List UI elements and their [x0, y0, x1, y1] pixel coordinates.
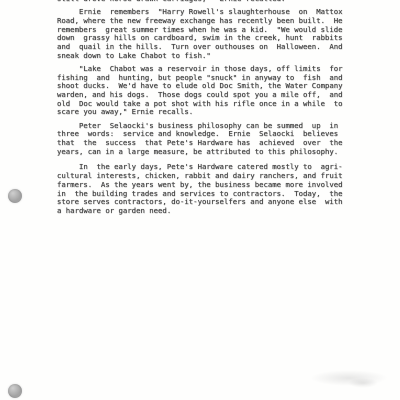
paragraph-rowell-slaughterhouse: Ernie remembers "Harry Rowell's slaughte… [57, 8, 352, 60]
typewritten-text: still drove horse drawn carriages," Erni… [57, 0, 352, 216]
scanned-page: still drove horse drawn carriages," Erni… [0, 0, 400, 400]
paragraph-early-days: In the early days, Pete's Hardware cater… [57, 163, 352, 215]
scan-smudge [310, 370, 388, 386]
paragraph-business-philosophy: Peter Selaocki's business philosophy can… [57, 122, 352, 157]
scan-smudge [348, 378, 378, 388]
hole-punch-top [8, 189, 22, 203]
hole-punch-bottom [8, 384, 22, 398]
clipped-top-line: still drove horse drawn carriages," Erni… [57, 0, 352, 4]
paragraph-lake-chabot: "Lake Chabot was a reservoir in those da… [57, 65, 352, 117]
